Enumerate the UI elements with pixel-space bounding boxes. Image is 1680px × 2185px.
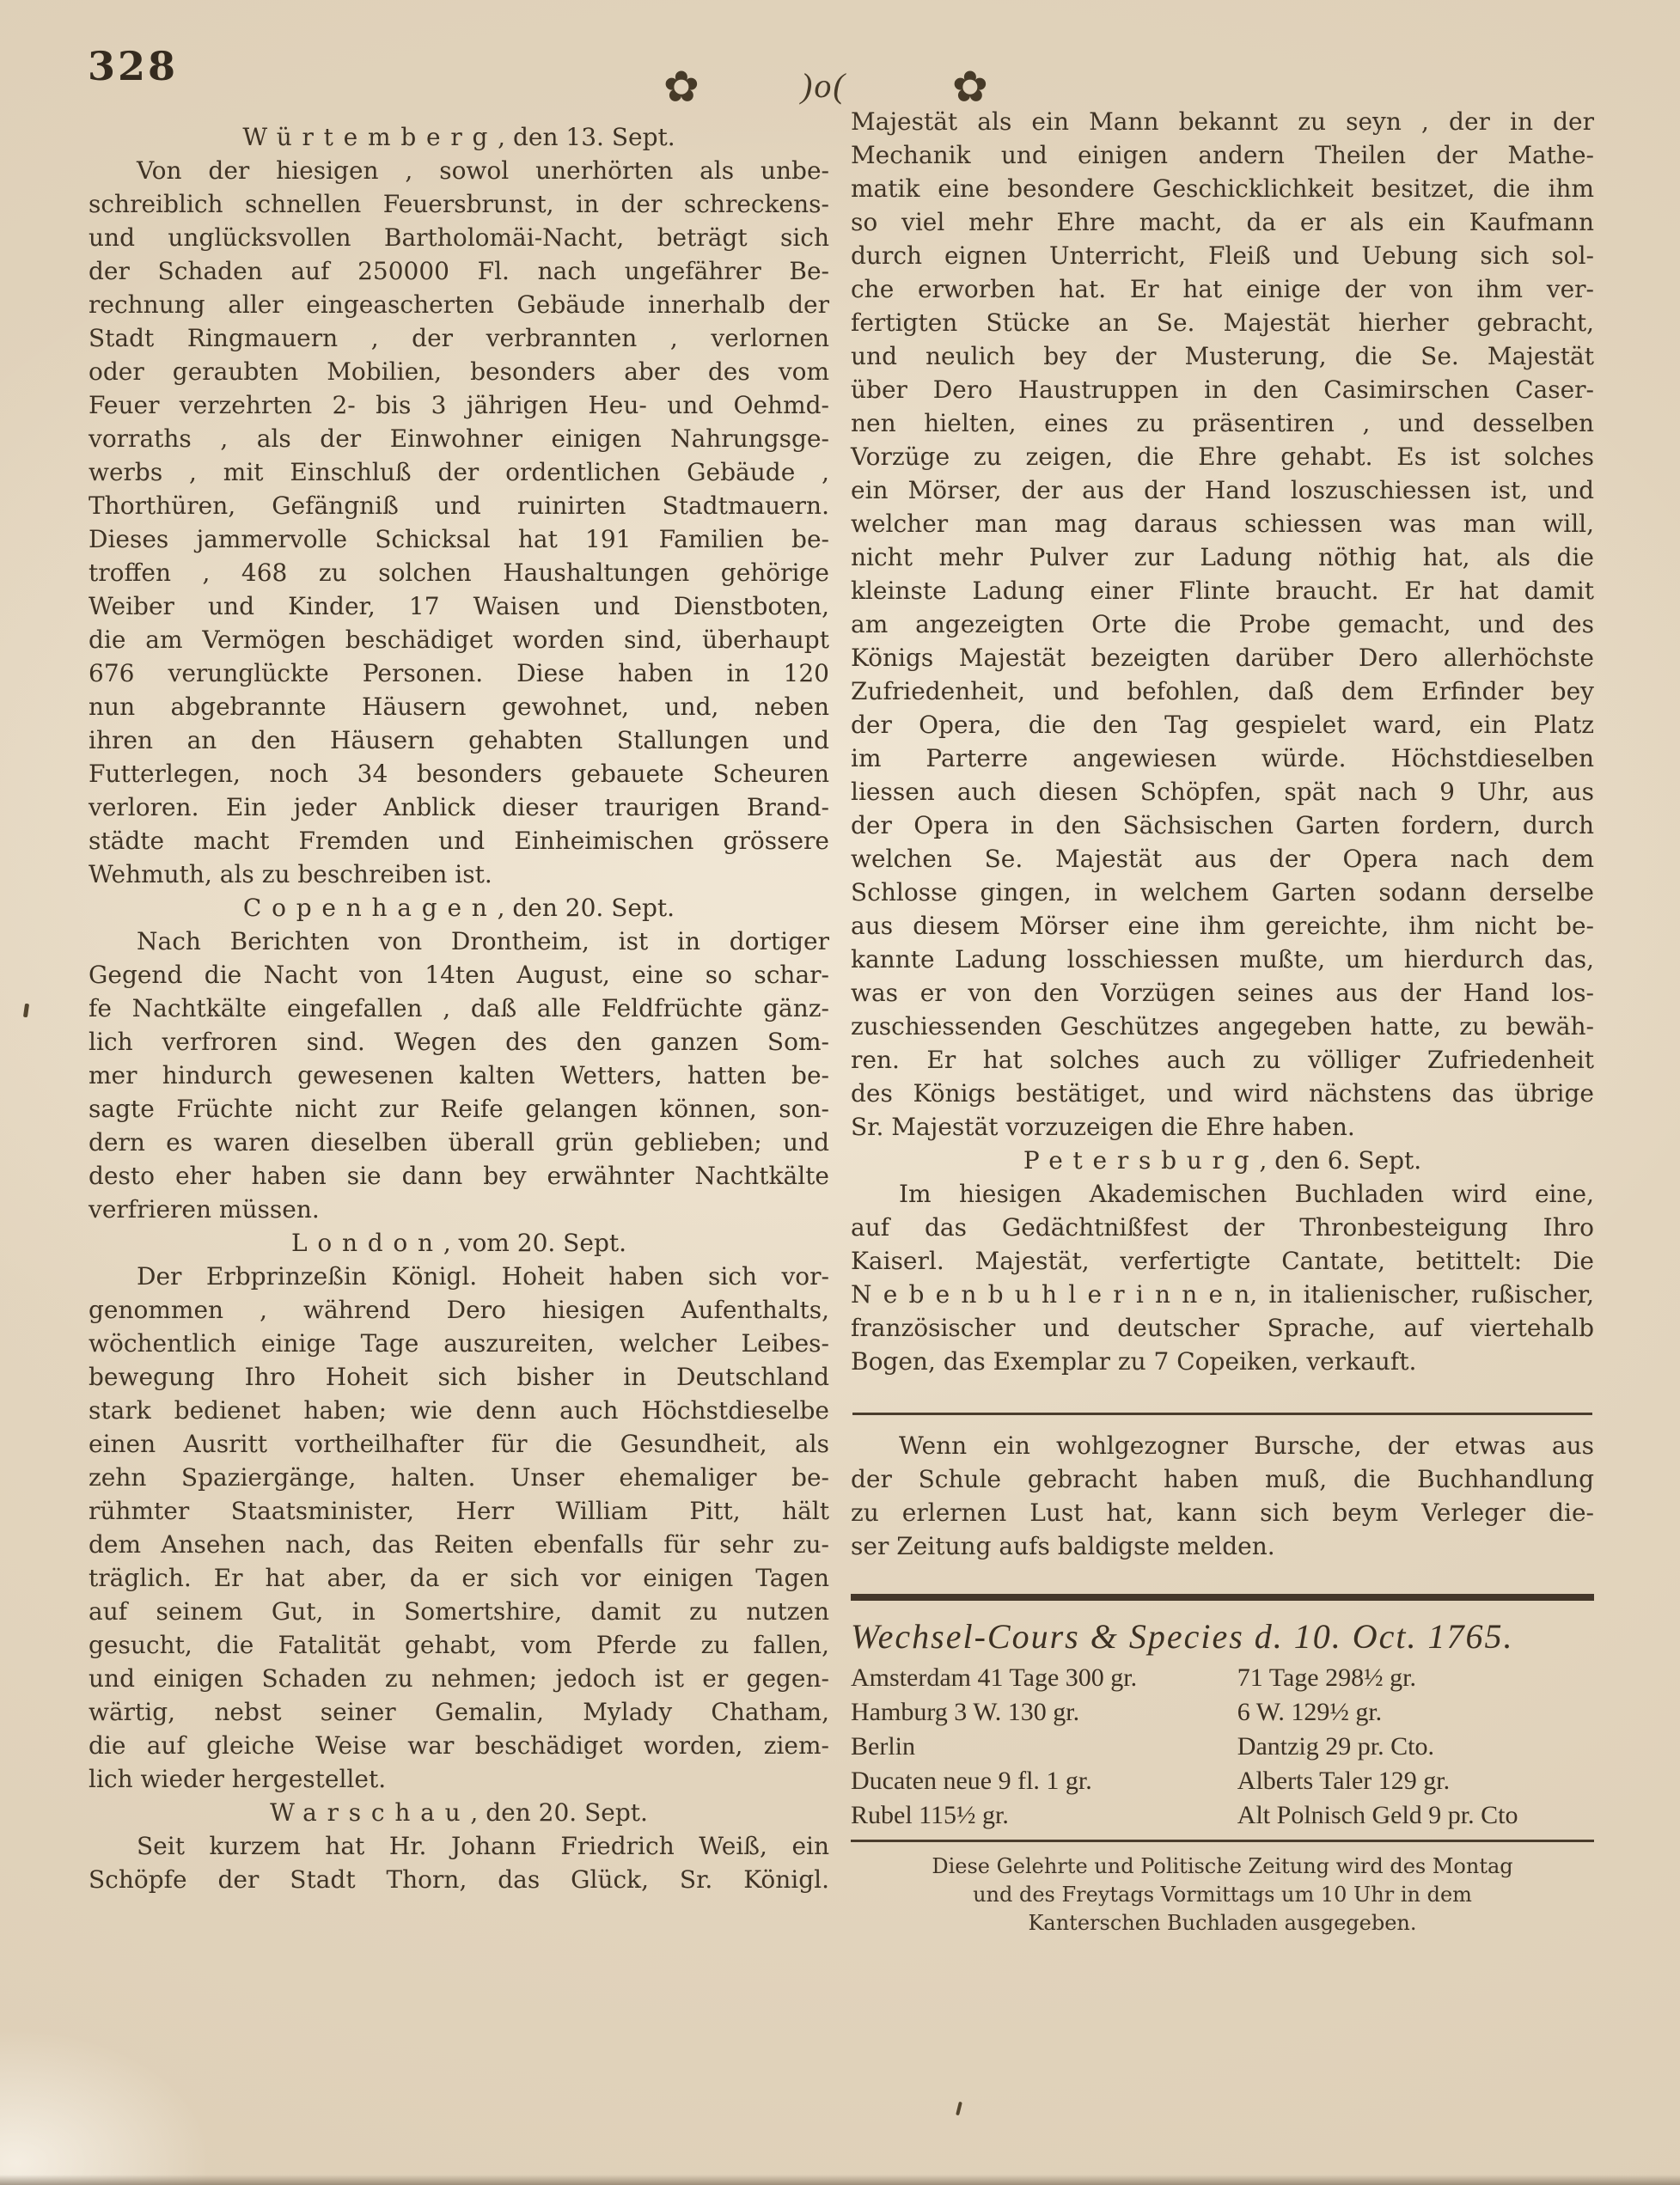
text-line: die auf gleiche Weise war beschädiget wo… — [89, 1729, 829, 1762]
text-line: französischer und deutscher Sprache, auf… — [851, 1311, 1594, 1345]
dateline-date: , vom 20. Sept. — [443, 1229, 626, 1257]
text-line: genommen , während Dero hiesigen Aufenth… — [89, 1293, 829, 1327]
text-line: Zufriedenheit, und befohlen, daß dem Erf… — [851, 674, 1594, 708]
text-line: ihren an den Häusern gehabten Stallungen… — [89, 723, 829, 757]
text-line: ser Zeitung aufs baldigste melden. — [851, 1529, 1594, 1563]
text-line: am angezeigten Orte die Probe gemacht, u… — [851, 607, 1594, 641]
text-line: nen hielten, eines zu präsentiren , und … — [851, 406, 1594, 440]
newspaper-page: { "page": { "number": "328" }, "ornament… — [0, 0, 1680, 2185]
text-line: vorraths , als der Einwohner einigen Nah… — [89, 422, 829, 455]
text-line: liessen auch diesen Schöpfen, spät nach … — [851, 775, 1594, 809]
text-line: N e b e n b u h l e r i n n e n, in ital… — [851, 1278, 1594, 1311]
exchange-cell-left: Ducaten neue 9 fl. 1 gr. — [851, 1764, 1237, 1798]
exchange-table-title: Wechsel-Cours & Species d. 10. Oct. 1765… — [851, 1613, 1594, 1661]
text-line: desto eher haben sie dann bey erwähnter … — [89, 1159, 829, 1193]
text-line: und neulich bey der Musterung, die Se. M… — [851, 339, 1594, 373]
text-line: fe Nachtkälte eingefallen , daß alle Fel… — [89, 992, 829, 1025]
text-line: verloren. Ein jeder Anblick dieser traur… — [89, 790, 829, 824]
text-line: zehn Spaziergänge, halten. Unser ehemali… — [89, 1461, 829, 1494]
text-line: nicht mehr Pulver zur Ladung nöthig hat,… — [851, 540, 1594, 574]
text-line: träglich. Er hat aber, da er sich vor ei… — [89, 1561, 829, 1595]
exchange-cell-right: 6 W. 129½ gr. — [1237, 1695, 1594, 1730]
text-line: welchen Se. Majestät aus der Opera nach … — [851, 842, 1594, 876]
dateline-date: , den 20. Sept. — [498, 894, 675, 922]
text-line: Nach Berichten von Drontheim, ist in dor… — [89, 925, 829, 958]
dateline-city: Warschau — [270, 1798, 470, 1827]
right-column: Majestät als ein Mann bekannt zu seyn , … — [851, 105, 1594, 1938]
left-column: Würtemberg, den 13. Sept.Von der hiesige… — [89, 120, 829, 1896]
text-line: und unglücksvollen Bartholomäi-Nacht, be… — [89, 221, 829, 254]
text-line: aus diesem Mörser eine ihm gereichte, ih… — [851, 909, 1594, 943]
exchange-cell-right: Dantzig 29 pr. Cto. — [1237, 1730, 1594, 1764]
text-line: im Parterre angewiesen würde. Höchstdies… — [851, 742, 1594, 775]
text-line: Thorthüren, Gefängniß und ruinirten Stad… — [89, 489, 829, 522]
exchange-cell-right: Alberts Taler 129 gr. — [1237, 1764, 1594, 1798]
text-line: kannte Ladung losschiessen mußte, um hie… — [851, 943, 1594, 976]
text-line: fertigten Stücke an Se. Majestät hierher… — [851, 306, 1594, 339]
text-line: durch eignen Unterricht, Fleiß und Uebun… — [851, 239, 1594, 272]
page-bottom-edge — [0, 2175, 1680, 2185]
exchange-row: Ducaten neue 9 fl. 1 gr.Alberts Taler 12… — [851, 1764, 1594, 1798]
dateline-city: Copenhagen — [243, 894, 498, 922]
exchange-row: BerlinDantzig 29 pr. Cto. — [851, 1730, 1594, 1764]
text-line: sagte Früchte nicht zur Reife gelangen k… — [89, 1092, 829, 1126]
divider — [852, 1413, 1592, 1415]
colophon-line: und des Freytags Vormittags um 10 Uhr in… — [851, 1881, 1594, 1909]
ink-speck — [23, 1004, 29, 1018]
text-line: einen Ausritt vortheilhafter für die Ges… — [89, 1427, 829, 1461]
exchange-cell-left: Rubel 115½ gr. — [851, 1798, 1237, 1833]
text-line: Kaiserl. Majestät, verfertigte Cantate, … — [851, 1244, 1594, 1278]
exchange-cell-left: Hamburg 3 W. 130 gr. — [851, 1695, 1237, 1730]
text-line: Mechanik und einigen andern Theilen der … — [851, 138, 1594, 172]
text-line: Vorzüge zu zeigen, die Ehre gehabt. Es i… — [851, 440, 1594, 473]
text-line: Königs Majestät bezeigten darüber Dero a… — [851, 641, 1594, 674]
text-line: Majestät als ein Mann bekannt zu seyn , … — [851, 105, 1594, 138]
text-line: che erworben hat. Er hat einige der von … — [851, 272, 1594, 306]
text-line: über Dero Haustruppen in den Casimirsche… — [851, 373, 1594, 406]
text-line: Feuer verzehrten 2- bis 3 jährigen Heu- … — [89, 388, 829, 422]
text-line: städte macht Fremden und Einheimischen g… — [89, 824, 829, 858]
exchange-row: Hamburg 3 W. 130 gr.6 W. 129½ gr. — [851, 1695, 1594, 1730]
text-line: der Schaden auf 250000 Fl. nach ungefähr… — [89, 254, 829, 288]
text-line: so viel mehr Ehre macht, da er als ein K… — [851, 205, 1594, 239]
dateline-heading: Copenhagen, den 20. Sept. — [89, 891, 829, 925]
text-line: Stadt Ringmauern , der verbrannten , ver… — [89, 321, 829, 355]
text-line: des Königs bestätiget, und wird nächsten… — [851, 1077, 1594, 1110]
text-line: Gegend die Nacht von 14ten August, eine … — [89, 958, 829, 992]
dateline-city: Petersburg — [1023, 1146, 1260, 1175]
text-line: wärtig, nebst seiner Gemalin, Mylady Cha… — [89, 1695, 829, 1729]
text-line: gesucht, die Fatalität gehabt, vom Pferd… — [89, 1628, 829, 1662]
dateline-heading: Würtemberg, den 13. Sept. — [89, 120, 829, 154]
text-line: stark bedienet haben; wie denn auch Höch… — [89, 1394, 829, 1427]
text-line: dern es waren dieselben überall grün geb… — [89, 1126, 829, 1159]
text-line: der Opera, die den Tag gespielet ward, e… — [851, 708, 1594, 742]
divider — [851, 1840, 1594, 1842]
text-line: schreiblich schnellen Feuersbrunst, in d… — [89, 187, 829, 221]
text-line: matik eine besondere Geschicklichkeit be… — [851, 172, 1594, 205]
text-line: Schöpfe der Stadt Thorn, das Glück, Sr. … — [89, 1863, 829, 1896]
dateline-heading: Warschau, den 20. Sept. — [89, 1796, 829, 1829]
text-line: rühmter Staatsminister, Herr William Pit… — [89, 1494, 829, 1528]
dateline-date: , den 20. Sept. — [470, 1798, 648, 1827]
exchange-cell-left: Berlin — [851, 1730, 1237, 1764]
text-line: und einigen Schaden zu nehmen; jedoch is… — [89, 1662, 829, 1695]
text-line: auf seinem Gut, in Somertshire, damit zu… — [89, 1595, 829, 1628]
dateline-heading: Petersburg, den 6. Sept. — [851, 1144, 1594, 1177]
text-line: welcher man mag daraus schiessen was man… — [851, 507, 1594, 540]
colophon-line: Kanterschen Buchladen ausgegeben. — [851, 1909, 1594, 1938]
text-line: zuschiessenden Geschützes angegeben hatt… — [851, 1010, 1594, 1043]
text-line: dem Ansehen nach, das Reiten ebenfalls f… — [89, 1528, 829, 1561]
printer-flower-left-icon: ✿ — [663, 62, 699, 112]
text-line: der Opera in den Sächsischen Garten ford… — [851, 809, 1594, 842]
text-line: Im hiesigen Akademischen Buchladen wird … — [851, 1177, 1594, 1211]
text-line: kleinste Ladung einer Flinte braucht. Er… — [851, 574, 1594, 607]
text-line: Wenn ein wohlgezogner Bursche, der etwas… — [851, 1429, 1594, 1462]
text-line: ein Mörser, der aus der Hand loszuschies… — [851, 473, 1594, 507]
text-line: die am Vermögen beschädiget worden sind,… — [89, 623, 829, 656]
exchange-cell-left: Amsterdam 41 Tage 300 gr. — [851, 1661, 1237, 1695]
text-line: Der Erbprinzeßin Königl. Hoheit haben si… — [89, 1260, 829, 1293]
exchange-row: Rubel 115½ gr.Alt Polnisch Geld 9 pr. Ct… — [851, 1798, 1594, 1833]
text-line: Futterlegen, noch 34 besonders gebauete … — [89, 757, 829, 790]
ink-speck — [956, 2102, 962, 2115]
exchange-table: Wechsel-Cours & Species d. 10. Oct. 1765… — [851, 1613, 1594, 1833]
text-line: Dieses jammervolle Schicksal hat 191 Fam… — [89, 522, 829, 556]
text-line: lich verfroren sind. Wegen des den ganze… — [89, 1025, 829, 1059]
text-line: Seit kurzem hat Hr. Johann Friedrich Wei… — [89, 1829, 829, 1863]
exchange-row: Amsterdam 41 Tage 300 gr.71 Tage 298½ gr… — [851, 1661, 1594, 1695]
text-line: werbs , mit Einschluß der ordentlichen G… — [89, 455, 829, 489]
dateline-city: Würtemberg — [242, 123, 498, 151]
dateline-city: London — [291, 1229, 443, 1257]
text-line: nun abgebrannte Häusern gewohnet, und, n… — [89, 690, 829, 723]
text-line: Schlosse gingen, in welchem Garten sodan… — [851, 876, 1594, 909]
text-line: wöchentlich einige Tage auszureiten, wel… — [89, 1327, 829, 1360]
text-line: Bogen, das Exemplar zu 7 Copeiken, verka… — [851, 1345, 1594, 1378]
text-line: mer hindurch gewesenen kalten Wetters, h… — [89, 1059, 829, 1092]
text-line: Wehmuth, als zu beschreiben ist. — [89, 858, 829, 891]
text-line: der Schule gebracht haben muß, die Buchh… — [851, 1462, 1594, 1496]
text-line: Von der hiesigen , sowol unerhörten als … — [89, 154, 829, 187]
text-line: Sr. Majestät vorzuzeigen die Ehre haben. — [851, 1110, 1594, 1144]
text-line: Weiber und Kinder, 17 Waisen und Dienstb… — [89, 589, 829, 623]
dateline-heading: London, vom 20. Sept. — [89, 1226, 829, 1260]
exchange-cell-right: Alt Polnisch Geld 9 pr. Cto — [1237, 1798, 1594, 1833]
exchange-cell-right: 71 Tage 298½ gr. — [1237, 1661, 1594, 1695]
page-number: 328 — [88, 43, 178, 89]
signature-mark: )o( — [801, 65, 846, 106]
text-line: troffen , 468 zu solchen Haushaltungen g… — [89, 556, 829, 589]
text-line: zu erlernen Lust hat, kann sich beym Ver… — [851, 1496, 1594, 1529]
text-line: auf das Gedächtnißfest der Thronbesteigu… — [851, 1211, 1594, 1244]
text-line: was er von den Vorzügen seines aus der H… — [851, 976, 1594, 1010]
text-line: rechnung aller eingeascherten Gebäude in… — [89, 288, 829, 321]
text-line: bewegung Ihro Hoheit sich bisher in Deut… — [89, 1360, 829, 1394]
text-line: oder geraubten Mobilien, besonders aber … — [89, 355, 829, 388]
text-line: 676 verunglückte Personen. Diese haben i… — [89, 656, 829, 690]
text-line: lich wieder hergestellet. — [89, 1762, 829, 1796]
divider — [851, 1594, 1594, 1601]
text-line: verfrieren müssen. — [89, 1193, 829, 1226]
text-line: ren. Er hat solches auch zu völliger Zuf… — [851, 1043, 1594, 1077]
dateline-date: , den 6. Sept. — [1259, 1146, 1421, 1175]
dateline-date: , den 13. Sept. — [498, 123, 675, 151]
colophon-line: Diese Gelehrte und Politische Zeitung wi… — [851, 1852, 1594, 1881]
